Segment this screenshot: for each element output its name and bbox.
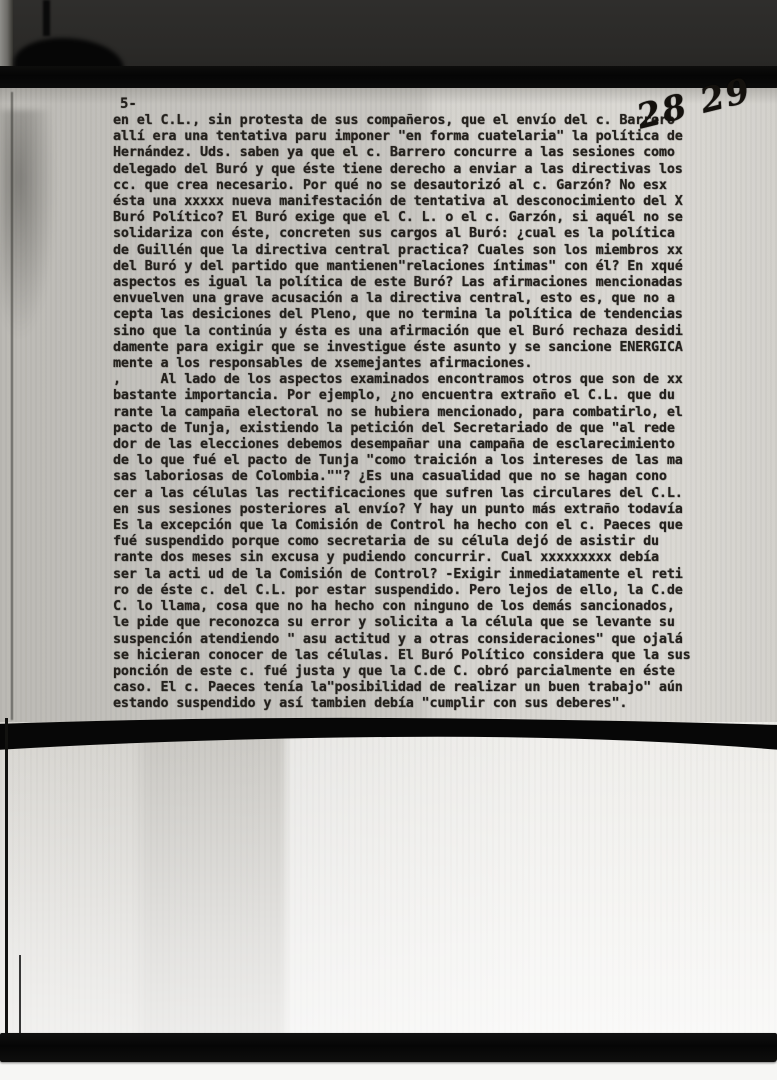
text-line: Buró Político? El Buró exige que el C. L… xyxy=(113,210,733,226)
text-line: caso. El c. Paeces tenía la"posibilidad … xyxy=(113,680,733,696)
text-line: Hernández. Uds. saben ya que el c. Barre… xyxy=(113,145,733,161)
text-line: ponción de este c. fué justa y que la C.… xyxy=(113,664,733,680)
text-line: rante dos meses sin excusa y pudiendo co… xyxy=(113,550,733,566)
text-line: aspectos es igual la política de este Bu… xyxy=(113,275,733,291)
text-line: delegado del Buró y que éste tiene derec… xyxy=(113,162,733,178)
left-edge-line-short xyxy=(19,955,21,1033)
text-line: fué suspendido porque como secretaria de… xyxy=(113,534,733,550)
text-line: envuelven una grave acusación a la direc… xyxy=(113,291,733,307)
text-line: damente para exigir que se investigue és… xyxy=(113,340,733,356)
document-body: en el C.L., sin protesta de sus compañer… xyxy=(113,113,733,713)
paper-lower-area xyxy=(0,722,777,1080)
text-line: ser la acti ud de la Comisión de Control… xyxy=(113,567,733,583)
text-line: cc. que crea necesario. Por qué no se de… xyxy=(113,178,733,194)
margin-smudge xyxy=(0,110,56,340)
text-line: se hicieran conocer de las células. El B… xyxy=(113,648,733,664)
bottom-black-bar xyxy=(0,1033,777,1062)
top-black-bar xyxy=(0,66,777,90)
text-line: mente a los responsables de xsemejantes … xyxy=(113,356,733,372)
text-line: de lo que fué el pacto de Tunja "como tr… xyxy=(113,453,733,469)
text-line: solidariza con éste, concreten sus cargo… xyxy=(113,226,733,242)
scan-top-dark-band xyxy=(0,0,777,96)
text-line: suspención atendiendo " asu actitud y a … xyxy=(113,632,733,648)
text-line: le pide que reconozca su error y solicit… xyxy=(113,615,733,631)
text-line: sino que la continúa y ésta es una afirm… xyxy=(113,324,733,340)
text-line: cer a las células las rectificaciones qu… xyxy=(113,486,733,502)
text-line: ro de éste c. del C.L. por estar suspend… xyxy=(113,583,733,599)
left-fold-line xyxy=(11,92,13,720)
text-line: pacto de Tunja, existiendo la petición d… xyxy=(113,421,733,437)
scanned-document-page: 28 29 5- en el C.L., sin protesta de sus… xyxy=(0,0,777,1080)
text-line: cepta las desiciones del Pleno, que no t… xyxy=(113,307,733,323)
fold-shadow-bar xyxy=(0,712,777,758)
left-edge-line xyxy=(5,718,8,1038)
text-line: ésta una xxxxx nueva manifestación de te… xyxy=(113,194,733,210)
text-line: dor de las elecciones debemos desempañar… xyxy=(113,437,733,453)
text-line: rante la campaña electoral no se hubiera… xyxy=(113,405,733,421)
film-scratch-mark xyxy=(43,0,50,36)
bottom-white-strip xyxy=(0,1062,777,1080)
page-number: 5- xyxy=(120,96,137,112)
text-line: de Guillén que la directiva central prac… xyxy=(113,243,733,259)
text-line: en sus sesiones posteriores al envío? Y … xyxy=(113,502,733,518)
text-line: , Al lado de los aspectos examinados enc… xyxy=(113,372,733,388)
text-line: C. lo llama, cosa que no ha hecho con ni… xyxy=(113,599,733,615)
text-line: allí era una tentativa paru imponer "en … xyxy=(113,129,733,145)
text-line: Es la excepción que la Comisión de Contr… xyxy=(113,518,733,534)
text-line: del Buró y del partido que mantienen"rel… xyxy=(113,259,733,275)
text-line: estando suspendido y así tambien debía "… xyxy=(113,696,733,712)
text-line: bastante importancia. Por ejemplo, ¿no e… xyxy=(113,388,733,404)
text-line: sas laboriosas de Colombia.""? ¿Es una c… xyxy=(113,469,733,485)
